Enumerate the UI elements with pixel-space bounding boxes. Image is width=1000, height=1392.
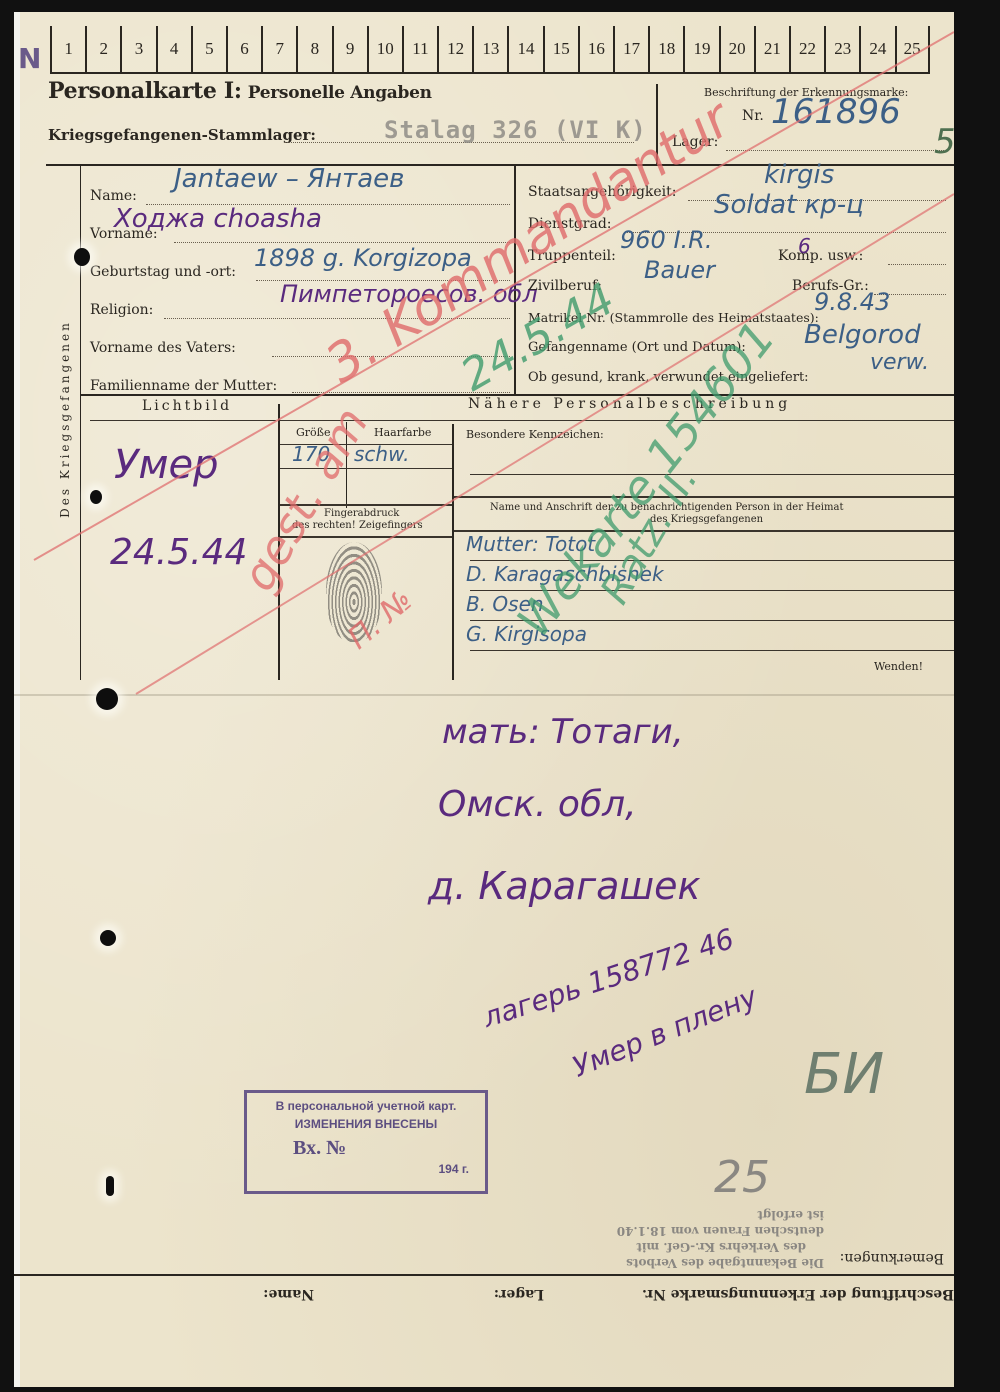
punch-hole <box>90 490 102 504</box>
inverted-tag-label: Beschriftung der Erkennungsmarke Nr. <box>642 1286 954 1302</box>
inverted-stamp-line: deutschen Frauen vom 18.1.40 <box>617 1224 824 1238</box>
punch-hole <box>100 930 116 946</box>
inverted-footer: Beschriftung der Erkennungsmarke Nr. Lag… <box>14 1202 954 1312</box>
fold-crease <box>14 694 954 696</box>
stamp-line: В персональной учетной карт. <box>247 1097 485 1115</box>
lower-note-line: мать: Тотаги, <box>442 712 684 752</box>
stamp-line: 194 г. <box>247 1162 485 1176</box>
lower-note-line: Омск. обл, <box>438 784 637 825</box>
bemerkungen-label: Bemerkungen: <box>840 1250 944 1266</box>
rule <box>14 1274 954 1276</box>
punch-hole <box>74 248 90 266</box>
inverted-name-label: Name: <box>263 1286 314 1302</box>
green-signature: БИ <box>804 1042 884 1107</box>
stamp-line: ИЗМЕНЕНИЯ ВНЕСЕНЫ <box>247 1115 485 1133</box>
inverted-lager-label: Lager: <box>494 1286 544 1302</box>
inverted-stamp-line: Die Bekanntgabe des Verbots <box>626 1256 824 1270</box>
personalkarte-document: N 1 2 3 4 5 6 7 8 9 10 11 12 13 14 15 16… <box>14 12 954 1387</box>
red-cancel-lines <box>14 12 954 712</box>
gray-mark: 25 <box>714 1152 770 1203</box>
stamp-line: Вх. № <box>247 1137 485 1160</box>
punch-hole <box>96 688 118 710</box>
lower-note-line: д. Карагашек <box>428 864 700 908</box>
punch-hole <box>106 1176 114 1196</box>
soviet-stamp: В персональной учетной карт. ИЗМЕНЕНИЯ В… <box>244 1090 488 1194</box>
inverted-stamp-line: ist erfolgt <box>757 1208 824 1222</box>
inverted-stamp-line: des Verkehrs Kr.-Gef. mit <box>636 1240 806 1254</box>
